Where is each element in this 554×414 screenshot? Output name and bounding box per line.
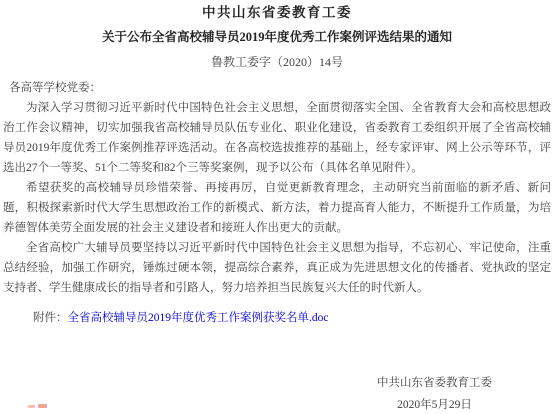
issuing-org-title: 中共山东省委教育工委	[0, 0, 554, 20]
document-body: 各高等学校党委： 为深入学习贯彻习近平新时代中国特色社会主义思想，全面贯彻落实全…	[0, 78, 554, 326]
attachment-line: 附件：全省高校辅导员2019年度优秀工作案例获奖名单.doc	[3, 310, 551, 326]
attachment-doc-link[interactable]: 全省高校辅导员2019年度优秀工作案例获奖名单.doc	[68, 312, 329, 324]
signature-block: 中共山东省委教育工委 2020年5月29日	[377, 372, 492, 414]
signature-date: 2020年5月29日	[377, 394, 492, 414]
attachment-label: 附件：	[33, 312, 68, 324]
document-header: 中共山东省委教育工委 关于公布全省高校辅导员2019年度优秀工作案例评选结果的通…	[0, 0, 554, 69]
body-paragraph-2: 希望获奖的高校辅导员珍惜荣誉、再接再厉，自觉更新教育理念，主动研究当前面临的新矛…	[3, 178, 551, 238]
red-text-artifact	[38, 404, 47, 408]
document-number: 鲁教工委字（2020）14号	[0, 55, 554, 69]
red-text-artifact	[28, 405, 35, 408]
signature-org: 中共山东省委教育工委	[377, 372, 492, 394]
notice-document-page: 中共山东省委教育工委 关于公布全省高校辅导员2019年度优秀工作案例评选结果的通…	[0, 0, 554, 414]
body-paragraph-1: 为深入学习贯彻习近平新时代中国特色社会主义思想，全面贯彻落实全国、全省教育大会和…	[3, 98, 551, 178]
notice-title: 关于公布全省高校辅导员2019年度优秀工作案例评选结果的通知	[0, 30, 554, 45]
salutation-line: 各高等学校党委：	[3, 78, 551, 98]
body-paragraph-3: 全省高校广大辅导员要坚持以习近平新时代中国特色社会主义思想为指导，不忘初心、牢记…	[3, 238, 551, 298]
